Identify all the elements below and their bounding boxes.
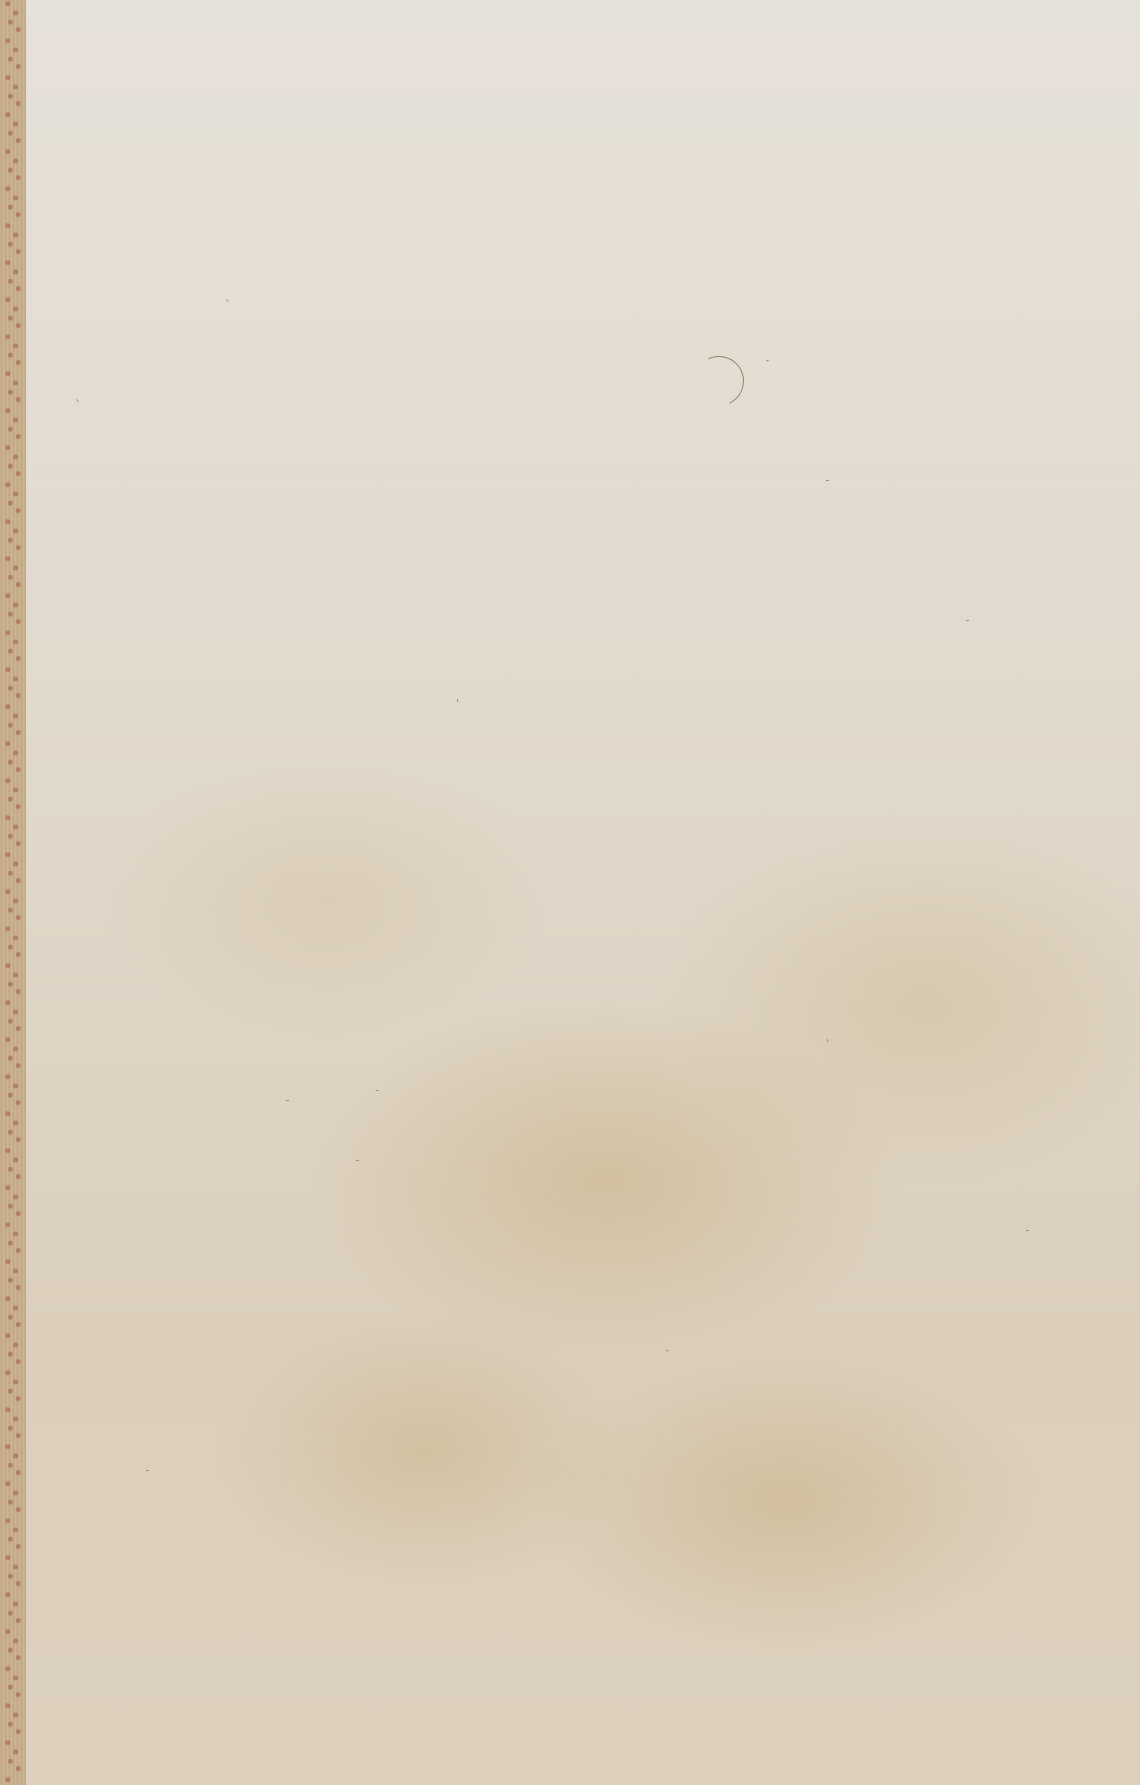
paper-fiber bbox=[1026, 1230, 1029, 1231]
paper-fiber bbox=[356, 1160, 359, 1161]
book-page bbox=[0, 0, 1140, 1785]
paper-fiber bbox=[457, 699, 459, 702]
stray-hair-mark bbox=[687, 349, 751, 413]
page-edges-sprinkled bbox=[0, 0, 26, 1785]
paper-fiber bbox=[286, 1100, 289, 1101]
paper-fiber bbox=[76, 399, 79, 402]
paper-fiber bbox=[226, 299, 229, 302]
paper-fiber bbox=[826, 1039, 828, 1042]
paper-fiber bbox=[146, 1470, 149, 1471]
paper-fiber bbox=[766, 360, 769, 362]
blank-paper-surface bbox=[26, 0, 1140, 1785]
paper-fiber bbox=[826, 480, 829, 481]
paper-fiber bbox=[666, 1349, 669, 1351]
paper-fiber bbox=[376, 1090, 379, 1091]
paper-fiber bbox=[966, 620, 969, 621]
